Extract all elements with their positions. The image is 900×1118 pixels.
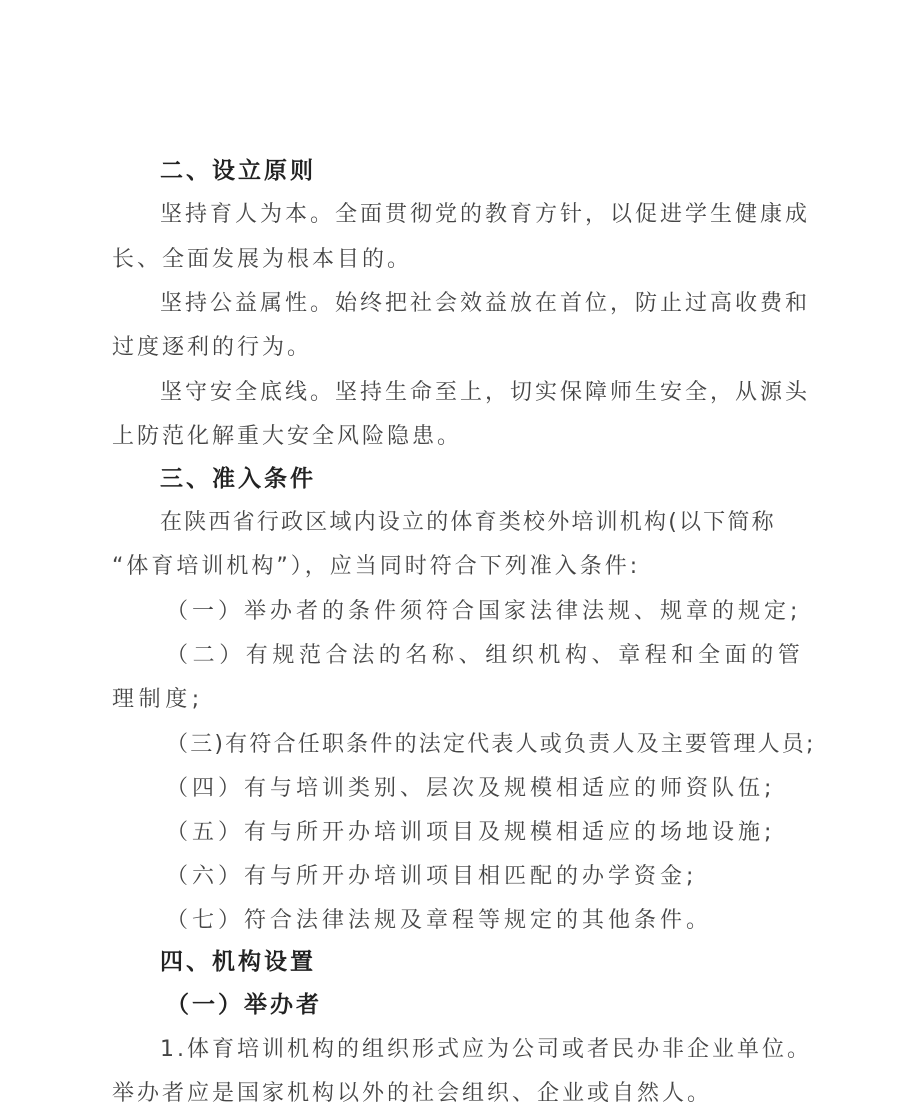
subheading-organizer: （一）举办者	[166, 990, 322, 1020]
condition-item-7: （七）符合法律法规及章程等规定的其他条件。	[166, 906, 712, 936]
paragraph-line: “体育培训机构”），应当同时符合下列准入条件:	[112, 552, 640, 582]
paragraph-line: 坚守安全底线。坚持生命至上，切实保障师生安全，从源头	[160, 378, 810, 408]
paragraph-line: 坚持公益属性。始终把社会效益放在首位，防止过高收费和	[160, 289, 810, 319]
condition-item-5: （五）有与所开办培训项目及规模相适应的场地设施;	[166, 818, 775, 848]
condition-item-4: （四）有与培训类别、层次及规模相适应的师资队伍;	[166, 774, 775, 804]
section-heading-organization: 四、机构设置	[160, 947, 316, 977]
paragraph-line: 上防范化解重大安全风险隐患。	[112, 422, 462, 452]
condition-item-1: （一）举办者的条件须符合国家法律法规、规章的规定;	[166, 597, 801, 627]
section-heading-entry-conditions: 三、准入条件	[160, 464, 316, 494]
paragraph-line: 举办者应是国家机构以外的社会组织、企业或自然人。	[112, 1079, 712, 1109]
section-heading-principles: 二、设立原则	[160, 156, 316, 186]
paragraph-line: 长、全面发展为根本目的。	[112, 245, 412, 275]
paragraph-line: 在陕西省行政区域内设立的体育类校外培训机构(以下简称	[160, 508, 776, 538]
condition-item-3: （三)有符合任职条件的法定代表人或负责人及主要管理人员;	[166, 730, 816, 760]
condition-item-2: （二）有规范合法的名称、组织机构、章程和全面的管	[166, 641, 804, 671]
condition-item-2-cont: 理制度;	[112, 685, 204, 715]
condition-item-6: （六）有与所开办培训项目相匹配的办学资金;	[166, 862, 697, 892]
paragraph-line: 1.体育培训机构的组织形式应为公司或者民办非企业单位。	[160, 1035, 812, 1065]
paragraph-line: 坚持育人为本。全面贯彻党的教育方针，以促进学生健康成	[160, 200, 810, 230]
paragraph-line: 过度逐利的行为。	[112, 333, 312, 363]
